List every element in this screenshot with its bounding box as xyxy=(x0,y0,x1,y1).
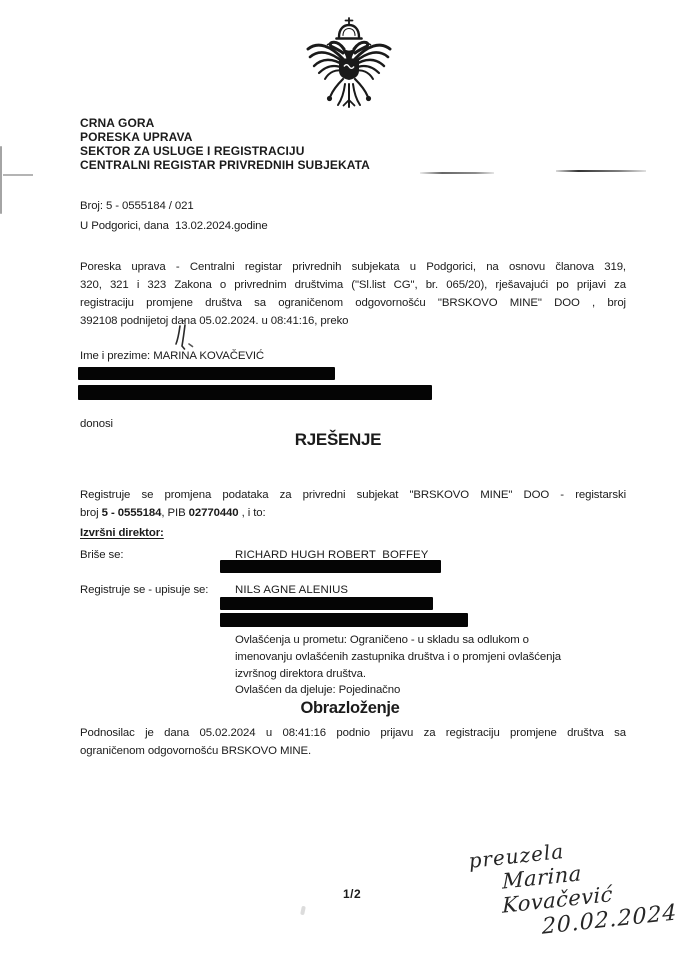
intro-paragraph-line: 392108 podnijetoj dana 05.02.2024. u 08:… xyxy=(80,312,348,330)
registration-line2-prefix: broj xyxy=(80,507,102,519)
letterhead-org-line-1: CRNA GORA xyxy=(80,116,154,130)
authority-line: imenovanju ovlašćenih zastupnika društva… xyxy=(235,649,561,666)
intro-paragraph-line: Poreska uprava - Centralni registar priv… xyxy=(80,258,626,276)
registration-line-1: Registruje se promjena podataka za privr… xyxy=(80,486,626,504)
officer-name-line: Ime i prezime: MARINA KOVAČEVIĆ xyxy=(80,347,264,365)
company-reg-number: 5 - 0555184 xyxy=(102,507,162,519)
scan-artifact-dash xyxy=(3,174,33,176)
scan-artifact-vertical-line xyxy=(0,146,2,214)
case-number-line: Broj: 5 - 0555184 / 021 xyxy=(80,197,194,215)
scan-artifact-dash xyxy=(556,170,646,172)
place-date-line: U Podgorici, dana 13.02.2024.godine xyxy=(80,217,268,235)
montenegro-coat-of-arms-icon xyxy=(303,16,395,112)
section-heading-executive-director: Izvršni direktor: xyxy=(80,524,164,542)
scanned-decision-document: CRNA GORA PORESKA UPRAVA SEKTOR ZA USLUG… xyxy=(0,0,679,960)
explanation-title: Obrazloženje xyxy=(300,699,399,718)
page-number: 1/2 xyxy=(343,887,361,901)
handwritten-note: preuzela Marina Kovačević 20.02.2024. xyxy=(446,825,679,949)
scan-artifact-speck xyxy=(300,906,306,916)
registration-line-2: broj 5 - 0555184, PIB 02770440 , i to: xyxy=(80,504,266,522)
registration-line2-mid: , PIB xyxy=(161,507,188,519)
register-label: Registruje se - upisuje se: xyxy=(80,581,208,599)
redaction-bar xyxy=(220,613,468,627)
letterhead-org-line-4: CENTRALNI REGISTAR PRIVREDNIH SUBJEKATA xyxy=(80,158,370,172)
authority-line: izvršnog direktora društva. xyxy=(235,666,366,683)
delete-label: Briše se: xyxy=(80,546,123,564)
ink-smudge-artifact xyxy=(172,320,196,350)
registration-line2-suffix: , i to: xyxy=(239,507,266,519)
explanation-line: Podnosilac je dana 05.02.2024 u 08:41:16… xyxy=(80,724,626,742)
authority-line: Ovlašćenja u prometu: Ograničeno - u skl… xyxy=(235,632,529,649)
intro-paragraph-line: registraciju promjene društva sa ogranič… xyxy=(80,294,626,312)
redaction-bar xyxy=(220,560,441,573)
intro-paragraph-line: 320, 321 i 323 Zakona o privrednim društ… xyxy=(80,276,626,294)
letterhead-org-line-2: PORESKA UPRAVA xyxy=(80,130,193,144)
donosi-line: donosi xyxy=(80,415,113,433)
redaction-bar xyxy=(78,367,335,380)
scan-artifact-dash xyxy=(420,172,494,174)
letterhead-org-line-3: SEKTOR ZA USLUGE I REGISTRACIJU xyxy=(80,144,304,158)
decision-title: RJEŠENJE xyxy=(295,430,381,450)
company-pib: 02770440 xyxy=(189,507,239,519)
redaction-bar xyxy=(220,597,433,610)
explanation-line: ograničenom odgovornošću BRSKOVO MINE. xyxy=(80,742,311,760)
redaction-bar xyxy=(78,385,432,400)
authority-line: Ovlašćen da djeluje: Pojedinačno xyxy=(235,682,400,699)
